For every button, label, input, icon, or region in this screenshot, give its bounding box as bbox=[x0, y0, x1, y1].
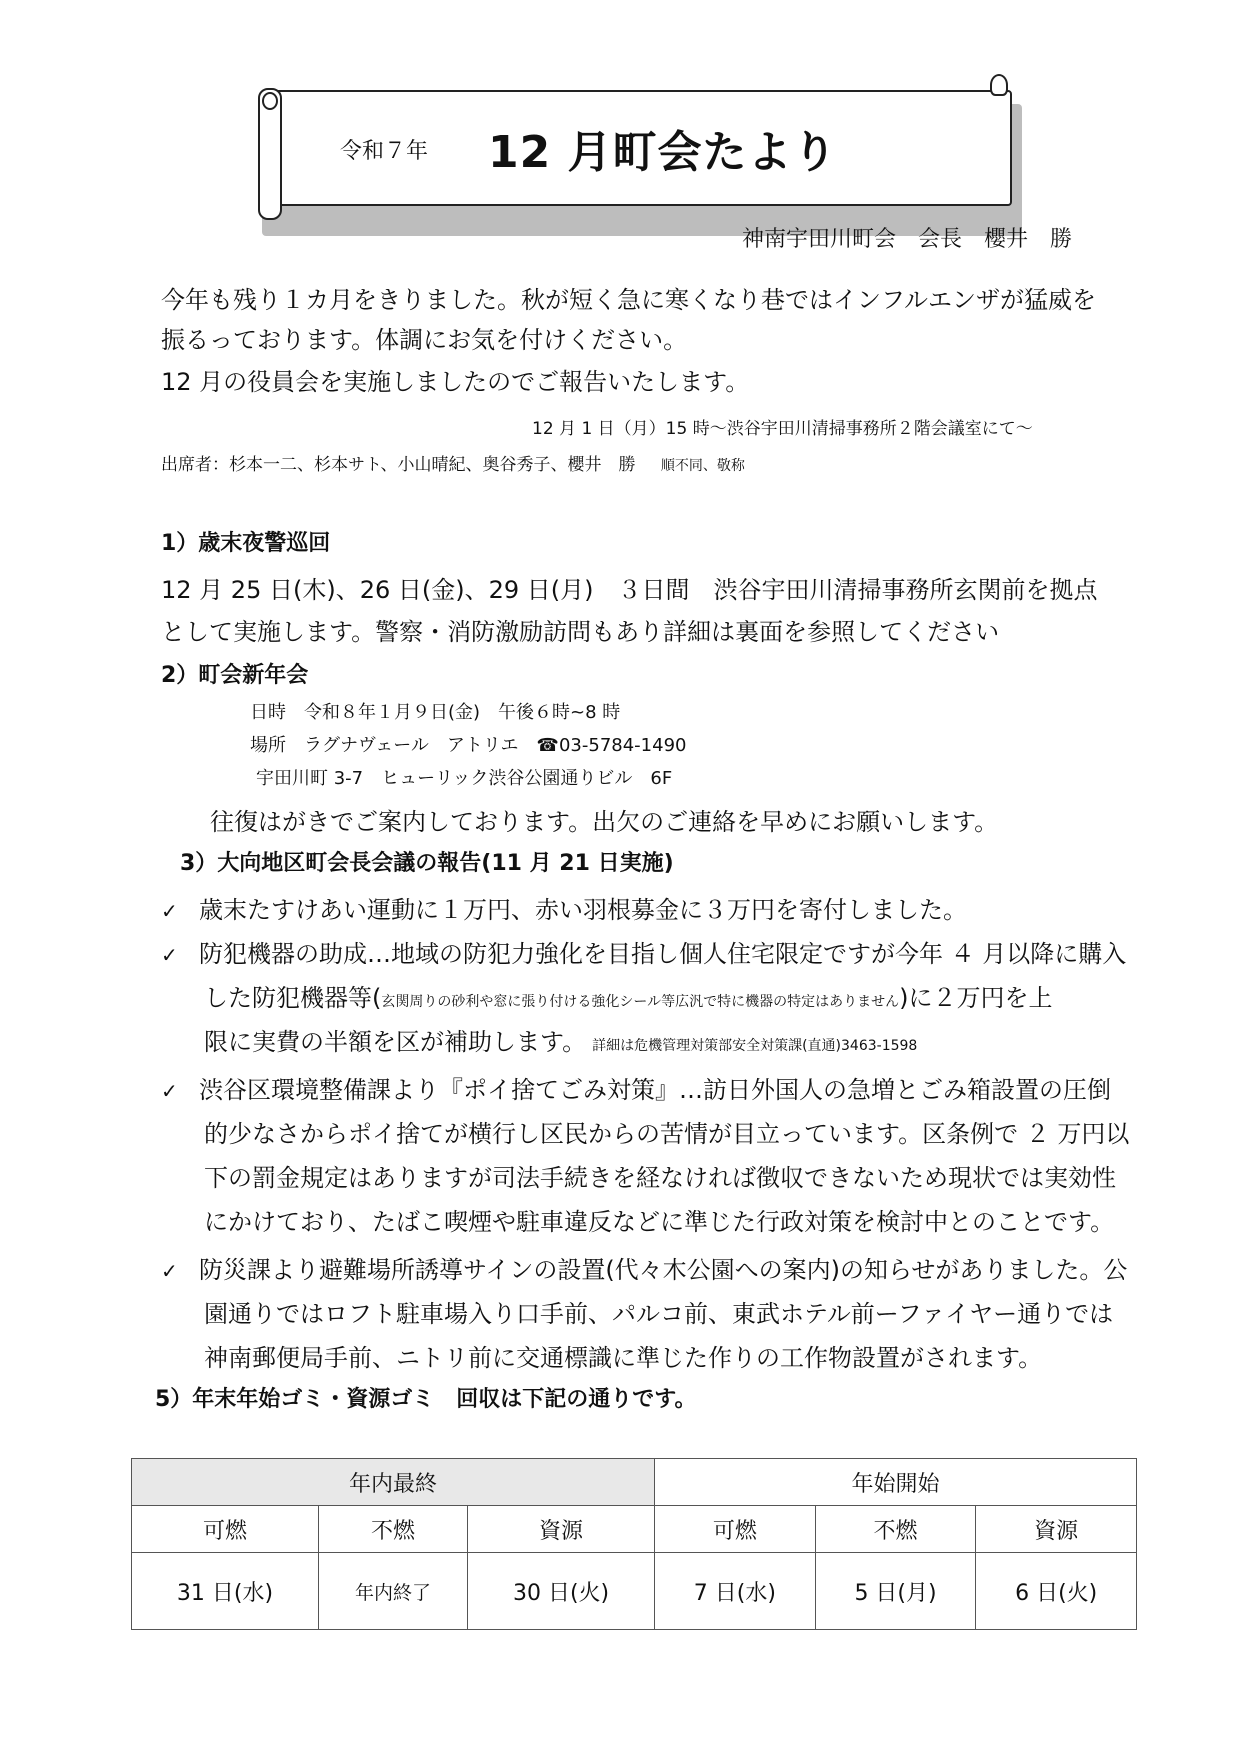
page-title: 12 月町会たより bbox=[488, 116, 838, 180]
check-icon: ✓ bbox=[161, 899, 199, 923]
item-text: 防災課より避難場所誘導サインの設置(代々木公園への案内)の知らせがありました。公 bbox=[199, 1256, 1127, 1284]
item-text: した防犯機器等( bbox=[204, 984, 381, 1012]
list-item: ✓防犯機器の助成…地域の防犯力強化を目指し個人住宅限定ですが今年 ４ 月以降に購… bbox=[161, 934, 1126, 969]
group-header: 年始開始 bbox=[655, 1459, 1137, 1506]
table-cell: 7 日(水) bbox=[655, 1553, 816, 1630]
section-heading: 1）歳末夜警巡回 bbox=[161, 526, 330, 557]
author: 神南宇田川町会 会長 櫻井 勝 bbox=[742, 222, 1072, 253]
item-text: 園通りではロフト駐車場入り口手前、パルコ前、東武ホテル前ーファイヤー通りでは bbox=[204, 1294, 1113, 1329]
column-header: 可燃 bbox=[132, 1506, 319, 1553]
attendees: 出席者：杉本一二、杉本サト、小山晴紀、奥谷秀子、櫻井 勝 順不同、敬称 bbox=[161, 450, 745, 475]
check-icon: ✓ bbox=[161, 1079, 199, 1103]
attendees-note: 順不同、敬称 bbox=[661, 458, 745, 474]
table-cell: 30 日(火) bbox=[468, 1553, 655, 1630]
scroll-curl-icon bbox=[262, 92, 278, 110]
section-heading: 2）町会新年会 bbox=[161, 658, 308, 689]
section-text: 12 月 25 日(木)、26 日(金)、29 日(月) ３日間 渋谷宇田川清掃… bbox=[161, 570, 1097, 605]
table-cell: 年内終了 bbox=[319, 1553, 468, 1630]
contact-note: 詳細は危機管理対策部安全対策課(直通)3463-1598 bbox=[592, 1038, 917, 1054]
scroll-curl-icon bbox=[990, 74, 1008, 96]
table-cell: 6 日(火) bbox=[976, 1553, 1137, 1630]
event-note: 往復はがきでご案内しております。出欠のご連絡を早めにお願いします。 bbox=[210, 802, 998, 837]
item-text: 的少なさからポイ捨てが横行し区民からの苦情が目立っています。区条例で ２ 万円以 bbox=[204, 1114, 1129, 1149]
check-icon: ✓ bbox=[161, 1259, 199, 1283]
garbage-schedule-table: 年内最終 年始開始 可燃 不燃 資源 可燃 不燃 資源 31 日(水) 年内終了… bbox=[131, 1458, 1137, 1630]
attendees-list: 出席者：杉本一二、杉本サト、小山晴紀、奥谷秀子、櫻井 勝 bbox=[161, 455, 635, 475]
list-item: ✓歳末たすけあい運動に１万円、赤い羽根募金に３万円を寄付しました。 bbox=[161, 890, 967, 925]
item-text: 歳末たすけあい運動に１万円、赤い羽根募金に３万円を寄付しました。 bbox=[199, 896, 967, 924]
table-cell: 5 日(月) bbox=[815, 1553, 976, 1630]
event-place: 場所 ラグナヴェール アトリエ ☎03-5784-1490 bbox=[250, 731, 687, 757]
meeting-info: 12 月 1 日（月）15 時～渋谷宇田川清掃事務所２階会議室にて～ bbox=[532, 414, 1033, 439]
event-datetime: 日時 令和８年１月９日(金) 午後６時~8 時 bbox=[250, 698, 620, 724]
intro-line: 振るっております。体調にお気を付けください。 bbox=[161, 320, 687, 355]
era-year: 令和７年 bbox=[340, 134, 428, 165]
group-header: 年内最終 bbox=[132, 1459, 655, 1506]
item-text: 渋谷区環境整備課より『ポイ捨てごみ対策』…訪日外国人の急増とごみ箱設置の圧倒 bbox=[199, 1076, 1111, 1104]
list-item: ✓防災課より避難場所誘導サインの設置(代々木公園への案内)の知らせがありました。… bbox=[161, 1250, 1127, 1285]
item-text: )に２万円を上 bbox=[899, 984, 1052, 1012]
item-note: 玄関周りの砂利や窓に張り付ける強化シール等広汎で特に機器の特定はありません bbox=[381, 994, 899, 1010]
item-text: にかけており、たばこ喫煙や駐車違反などに準じた行政対策を検討中とのことです。 bbox=[204, 1202, 1114, 1237]
column-header: 不燃 bbox=[319, 1506, 468, 1553]
item-text: 限に実費の半額を区が補助します。 bbox=[204, 1028, 586, 1056]
column-header: 可燃 bbox=[655, 1506, 816, 1553]
item-text: した防犯機器等(玄関周りの砂利や窓に張り付ける強化シール等広汎で特に機器の特定は… bbox=[204, 978, 1052, 1013]
intro-line: 今年も残り１カ月をきりました。秋が短く急に寒くなり巷ではインフルエンザが猛威を bbox=[161, 280, 1096, 315]
section-heading: 3）大向地区町会長会議の報告(11 月 21 日実施) bbox=[180, 846, 674, 877]
section-heading: 5）年末年始ゴミ・資源ゴミ 回収は下記の通りです。 bbox=[155, 1382, 697, 1413]
column-header: 資源 bbox=[468, 1506, 655, 1553]
list-item: ✓渋谷区環境整備課より『ポイ捨てごみ対策』…訪日外国人の急増とごみ箱設置の圧倒 bbox=[161, 1070, 1111, 1105]
item-text: 下の罰金規定はありますが司法手続きを経なければ徴収できないため現状では実効性 bbox=[204, 1158, 1116, 1193]
section-text: として実施します。警察・消防激励訪問もあり詳細は裏面を参照してください bbox=[161, 612, 999, 647]
item-text: 防犯機器の助成…地域の防犯力強化を目指し個人住宅限定ですが今年 ４ 月以降に購入 bbox=[199, 940, 1126, 968]
column-header: 不燃 bbox=[815, 1506, 976, 1553]
item-text: 神南郵便局手前、ニトリ前に交通標識に準じた作りの工作物設置がされます。 bbox=[204, 1338, 1042, 1373]
event-address: 宇田川町 3-7 ヒューリック渋谷公園通りビル 6F bbox=[256, 764, 672, 790]
item-text: 限に実費の半額を区が補助します。詳細は危機管理対策部安全対策課(直通)3463-… bbox=[204, 1022, 917, 1057]
intro-line: 12 月の役員会を実施しましたのでご報告いたします。 bbox=[161, 362, 749, 397]
column-header: 資源 bbox=[976, 1506, 1137, 1553]
check-icon: ✓ bbox=[161, 943, 199, 967]
table-cell: 31 日(水) bbox=[132, 1553, 319, 1630]
